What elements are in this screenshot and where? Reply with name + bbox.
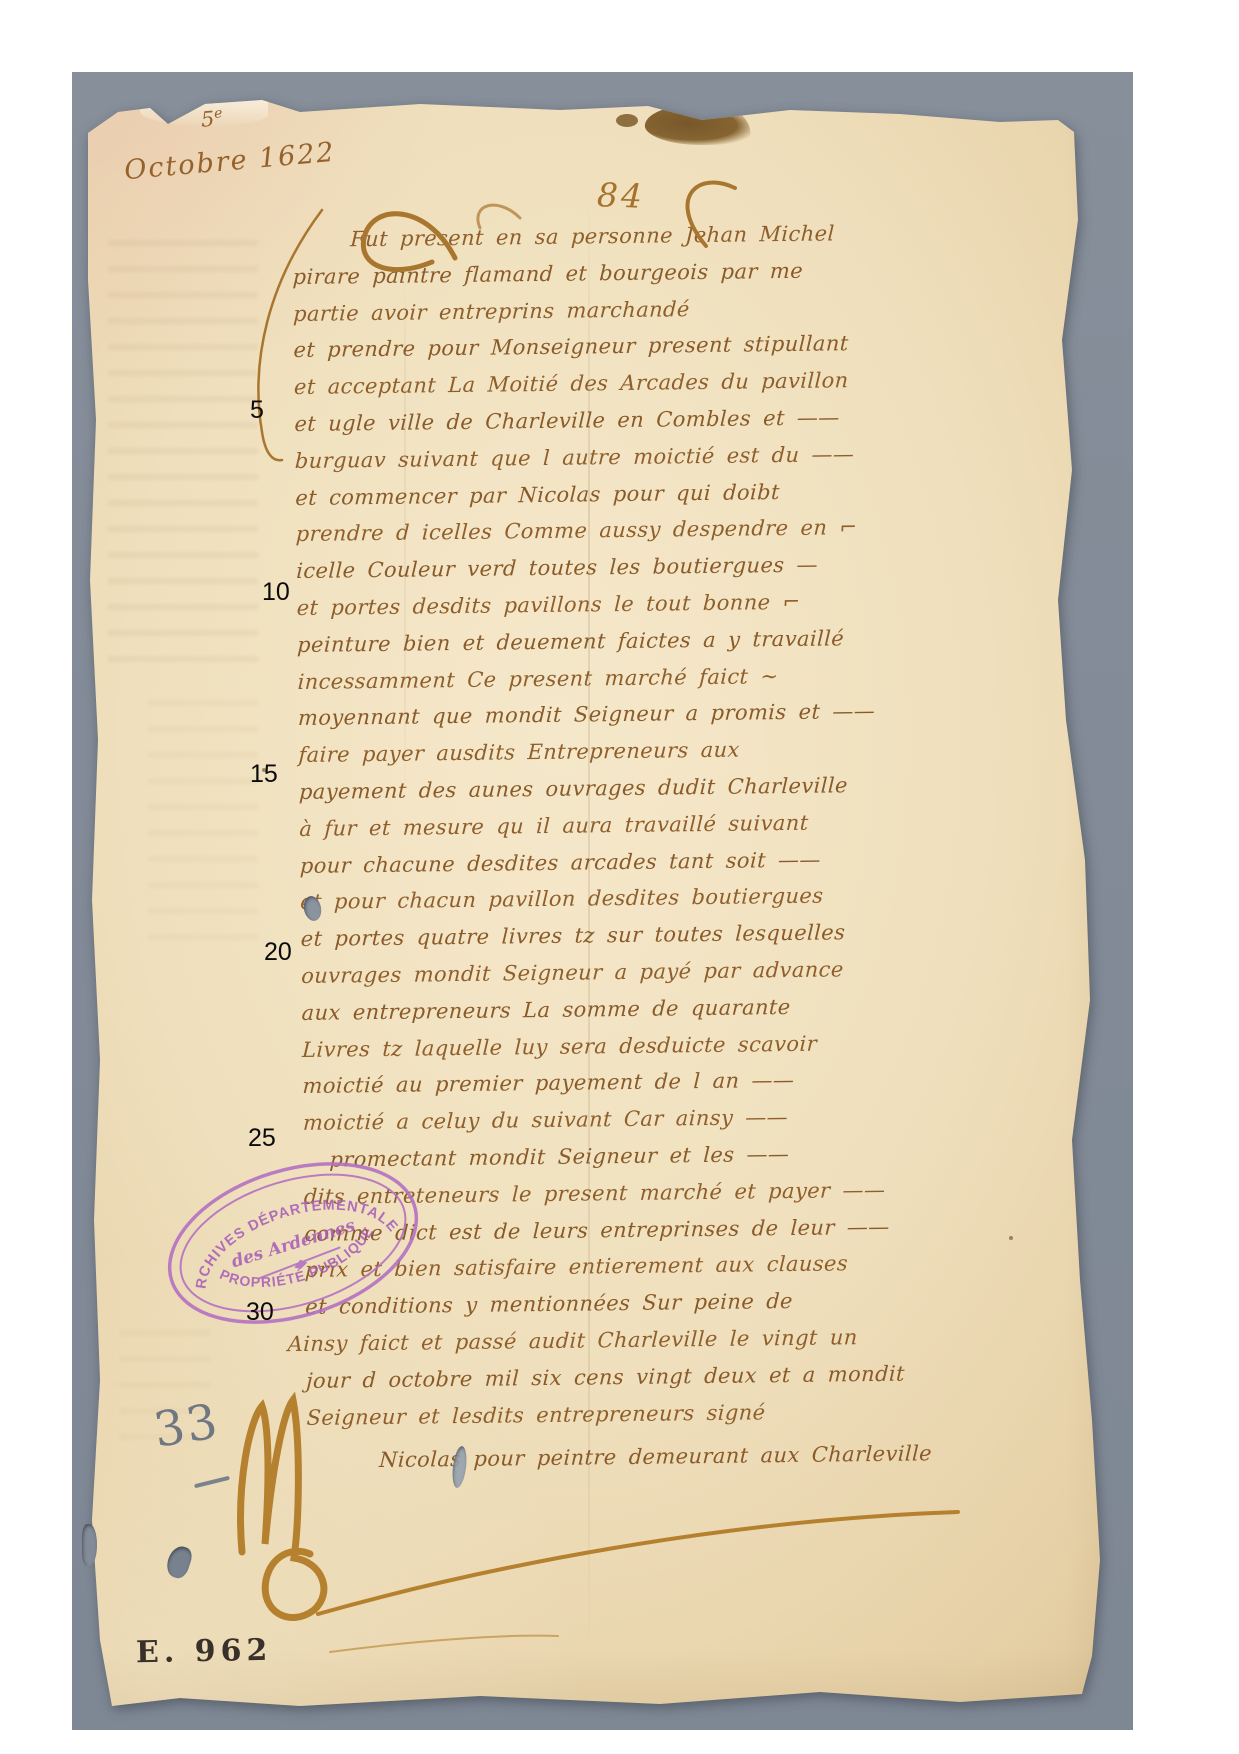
line-marker-5: 5 bbox=[250, 396, 264, 425]
line-marker-25: 25 bbox=[248, 1124, 276, 1153]
header-date: Octobre 1622 bbox=[123, 137, 337, 186]
pencil-folio-number: 33 bbox=[150, 1393, 223, 1458]
manuscript-text-block: Fut present en sa personne Jehan Michel … bbox=[292, 214, 975, 1480]
line-marker-15: 15 bbox=[250, 760, 278, 789]
paper-surface: 5e Octobre 1622 84 Fut present en sa per… bbox=[0, 0, 1239, 1754]
manuscript-paper: 5e Octobre 1622 84 Fut present en sa per… bbox=[0, 0, 1239, 1754]
paper-edge-notch bbox=[82, 1524, 97, 1566]
header-superscript: 5e bbox=[200, 105, 223, 131]
paper-speck bbox=[540, 1716, 545, 1720]
page-number: 84 bbox=[596, 175, 645, 216]
pencil-underline bbox=[194, 1476, 230, 1489]
line-marker-20: 20 bbox=[264, 938, 292, 967]
ink-stain-top-small bbox=[616, 114, 638, 127]
line-marker-10: 10 bbox=[262, 578, 290, 607]
ink-stain-top bbox=[644, 100, 752, 147]
manuscript-line: Nicolas pour peintre demeurant aux Charl… bbox=[378, 1435, 975, 1479]
verso-bleedthrough bbox=[108, 240, 258, 670]
paper-speck bbox=[1009, 1236, 1013, 1240]
line-marker-30: 30 bbox=[246, 1298, 274, 1327]
manuscript-line: Seigneur et lesdits entrepreneurs signé bbox=[306, 1391, 975, 1436]
verso-bleedthrough bbox=[148, 700, 258, 960]
archive-cote-label: E. 962 bbox=[136, 1633, 273, 1670]
scanned-document-page: 5e Octobre 1622 84 Fut present en sa per… bbox=[0, 0, 1239, 1754]
